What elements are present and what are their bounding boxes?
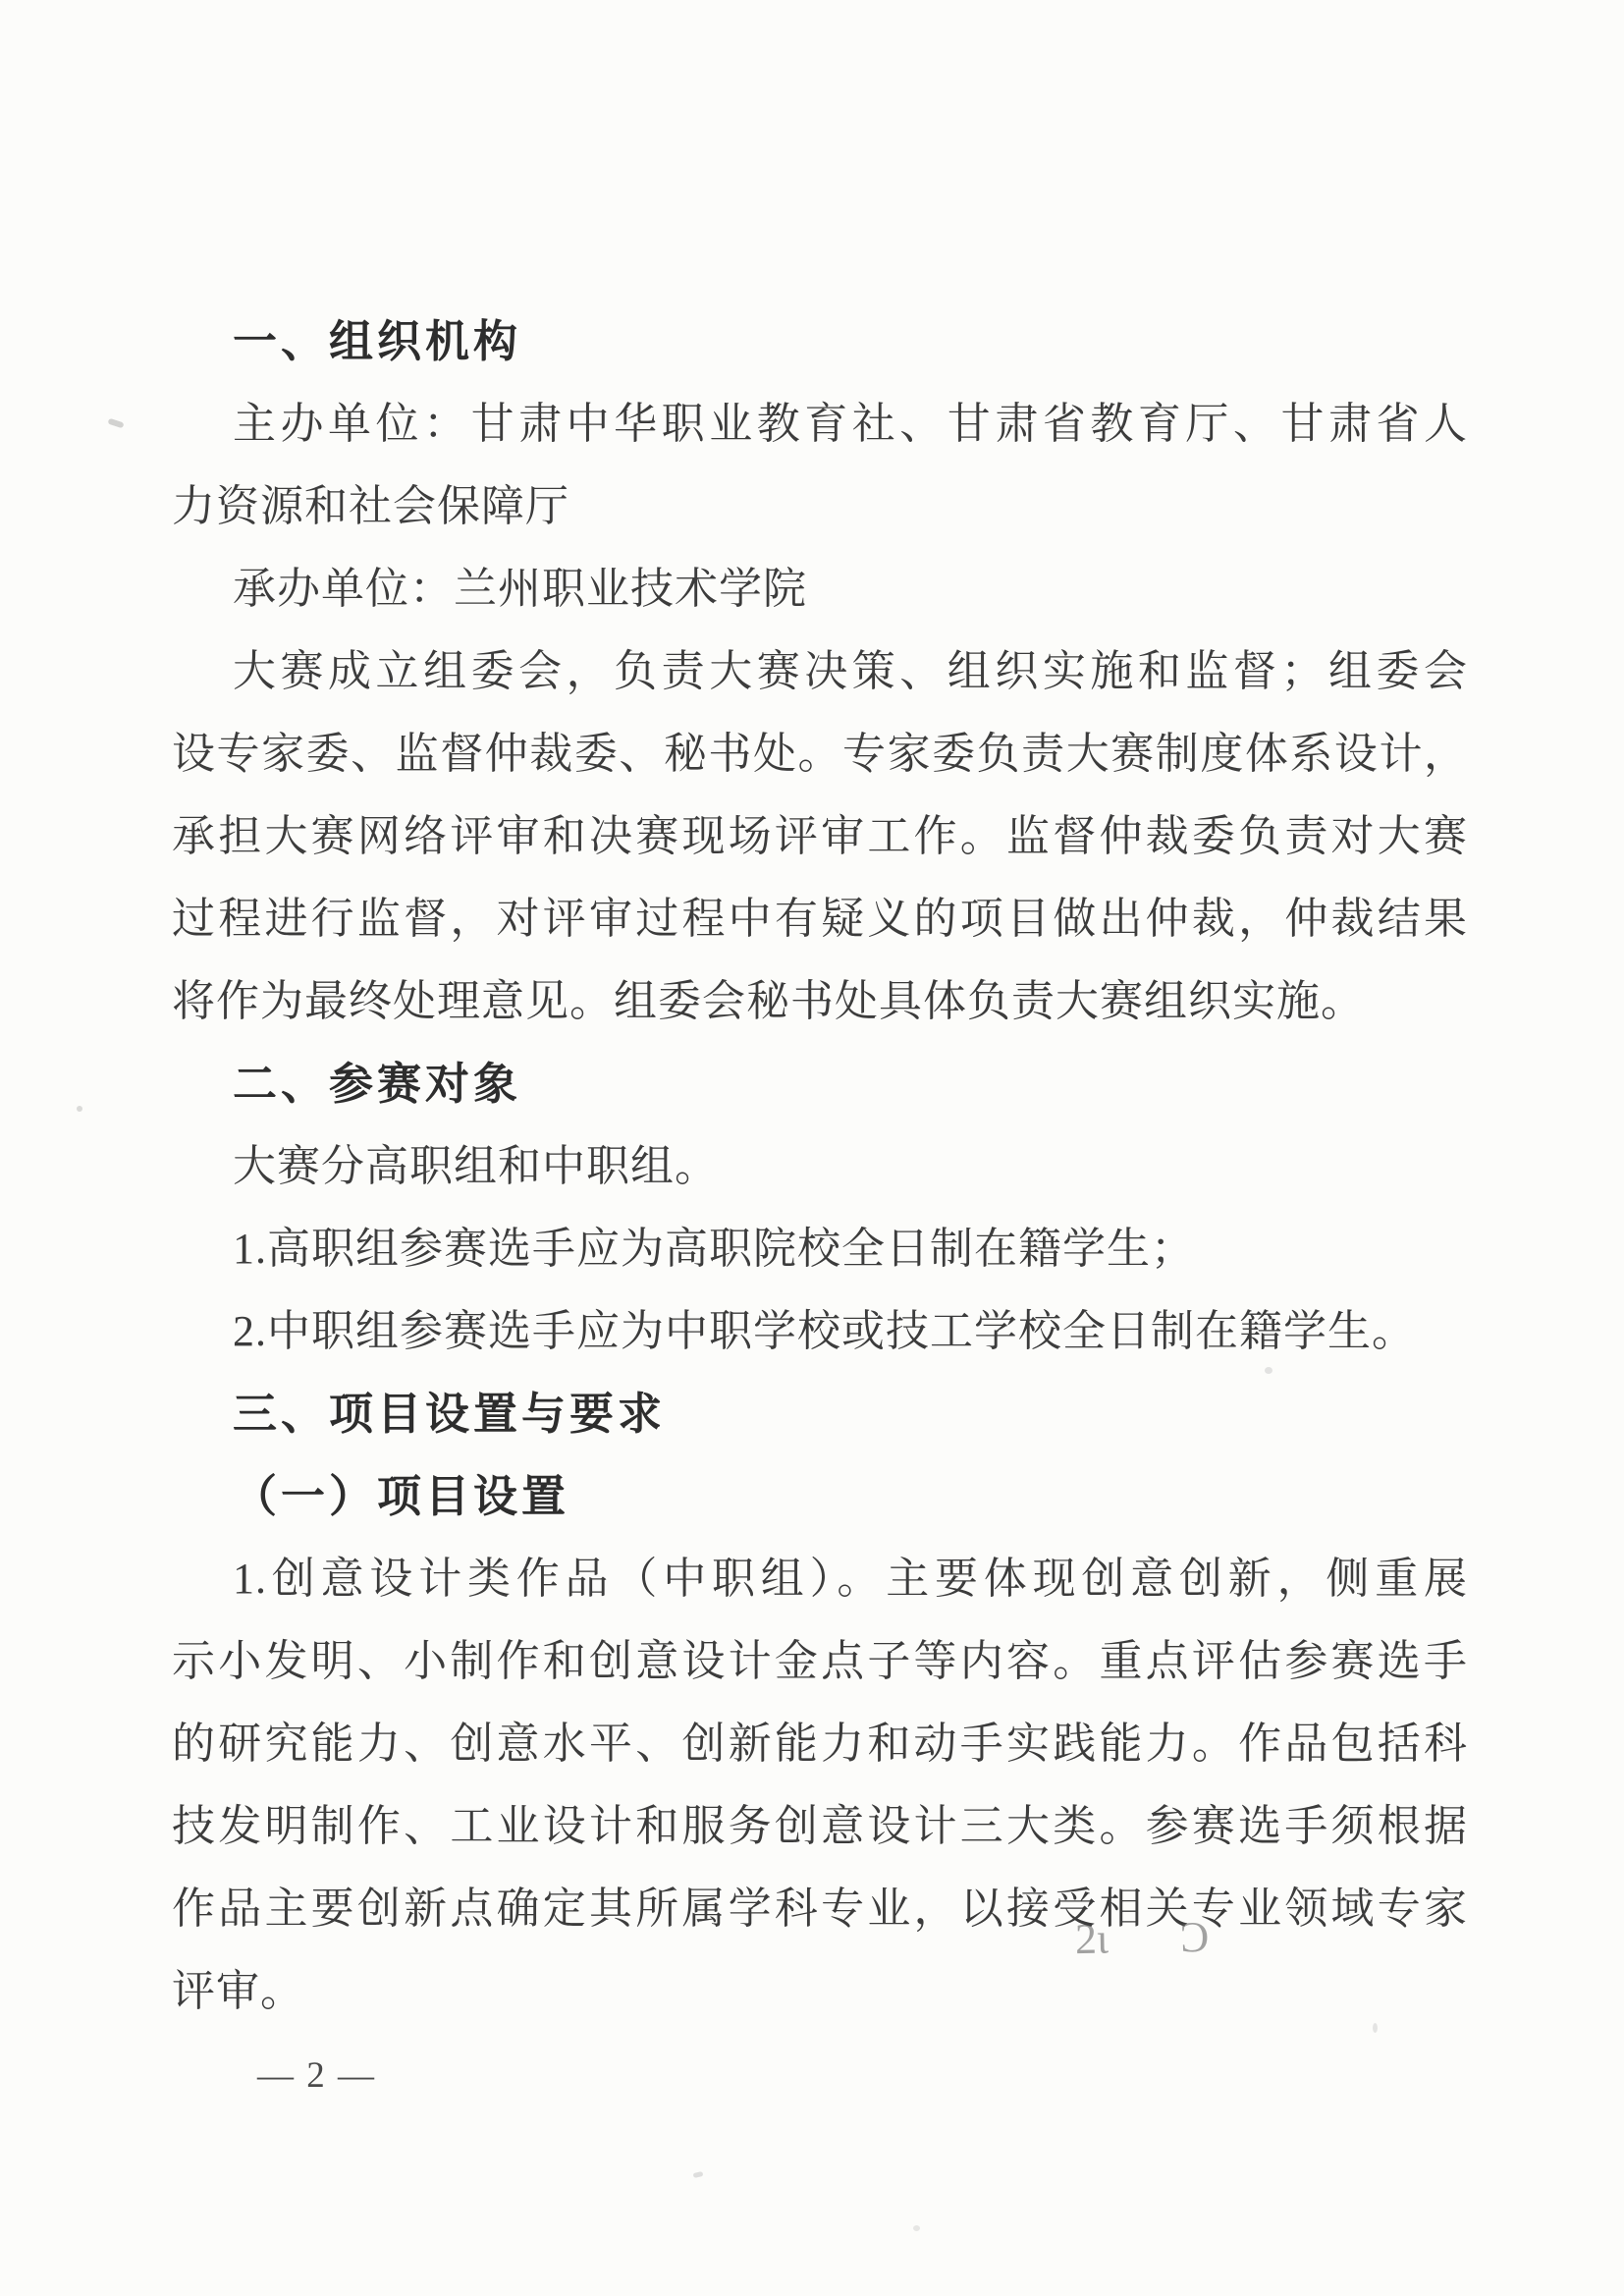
text-line: 将作为最终处理意见。组委会秘书处具体负责大赛组织实施。 (172, 960, 1468, 1043)
scan-speck (913, 2225, 920, 2231)
paragraph: 承办单位：兰州职业技术学院 (172, 548, 1468, 630)
scan-speck (693, 2171, 704, 2178)
faded-stamp-left: 2ι (1075, 1915, 1110, 1964)
text-line: 一、组织机构 (172, 301, 1468, 383)
section-heading: 一、组织机构 (172, 301, 1468, 383)
text-line: （一）项目设置 (172, 1455, 1468, 1538)
paragraph: 主办单位：甘肃中华职业教育社、甘肃省教育厅、甘肃省人力资源和社会保障厅 (172, 383, 1468, 548)
scan-speck (1265, 1367, 1272, 1374)
paragraph: 1.高职组参赛选手应为高职院校全日制在籍学生； (172, 1208, 1468, 1290)
text-line: 评审。 (172, 1950, 1468, 2033)
scan-speck (77, 1106, 82, 1112)
scan-speck (107, 418, 124, 429)
section-heading: 三、项目设置与要求 (172, 1373, 1468, 1455)
text-line: 主办单位：甘肃中华职业教育社、甘肃省教育厅、甘肃省人 (172, 383, 1468, 465)
paragraph: 大赛分高职组和中职组。 (172, 1125, 1468, 1208)
text-line: 大赛分高职组和中职组。 (172, 1125, 1468, 1208)
paragraph: 2.中职组参赛选手应为中职学校或技工学校全日制在籍学生。 (172, 1290, 1468, 1373)
document-body: 一、组织机构主办单位：甘肃中华职业教育社、甘肃省教育厅、甘肃省人力资源和社会保障… (172, 301, 1468, 2033)
section-heading: 二、参赛对象 (172, 1043, 1468, 1125)
text-line: 1.高职组参赛选手应为高职院校全日制在籍学生； (172, 1208, 1468, 1290)
text-line: 过程进行监督，对评审过程中有疑义的项目做出仲裁，仲裁结果 (172, 878, 1468, 960)
paragraph: 大赛成立组委会，负责大赛决策、组织实施和监督；组委会设专家委、监督仲裁委、秘书处… (172, 630, 1468, 1043)
faded-stamp-right: Ɔ (1179, 1913, 1209, 1962)
text-line: 承办单位：兰州职业技术学院 (172, 548, 1468, 630)
text-line: 大赛成立组委会，负责大赛决策、组织实施和监督；组委会 (172, 630, 1468, 713)
scanned-document-page: 一、组织机构主办单位：甘肃中华职业教育社、甘肃省教育厅、甘肃省人力资源和社会保障… (0, 0, 1624, 2296)
text-line: 二、参赛对象 (172, 1043, 1468, 1125)
text-line: 技发明制作、工业设计和服务创意设计三大类。参赛选手须根据 (172, 1785, 1468, 1868)
paragraph: 1.创意设计类作品（中职组）。主要体现创意创新，侧重展示小发明、小制作和创意设计… (172, 1538, 1468, 2033)
text-line: 设专家委、监督仲裁委、秘书处。专家委负责大赛制度体系设计， (172, 713, 1468, 795)
text-line: 示小发明、小制作和创意设计金点子等内容。重点评估参赛选手 (172, 1620, 1468, 1703)
page-number: — 2 — (257, 2054, 376, 2097)
scan-speck (1373, 2023, 1378, 2033)
faded-stamp-artifact: 2ι Ɔ (1075, 1912, 1210, 1964)
text-line: 的研究能力、创意水平、创新能力和动手实践能力。作品包括科 (172, 1703, 1468, 1785)
text-line: 作品主要创新点确定其所属学科专业，以接受相关专业领域专家 (172, 1868, 1468, 1950)
text-line: 承担大赛网络评审和决赛现场评审工作。监督仲裁委负责对大赛 (172, 795, 1468, 878)
text-line: 力资源和社会保障厅 (172, 465, 1468, 548)
section-heading: （一）项目设置 (172, 1455, 1468, 1538)
text-line: 2.中职组参赛选手应为中职学校或技工学校全日制在籍学生。 (172, 1290, 1468, 1373)
text-line: 三、项目设置与要求 (172, 1373, 1468, 1455)
text-line: 1.创意设计类作品（中职组）。主要体现创意创新，侧重展 (172, 1538, 1468, 1620)
